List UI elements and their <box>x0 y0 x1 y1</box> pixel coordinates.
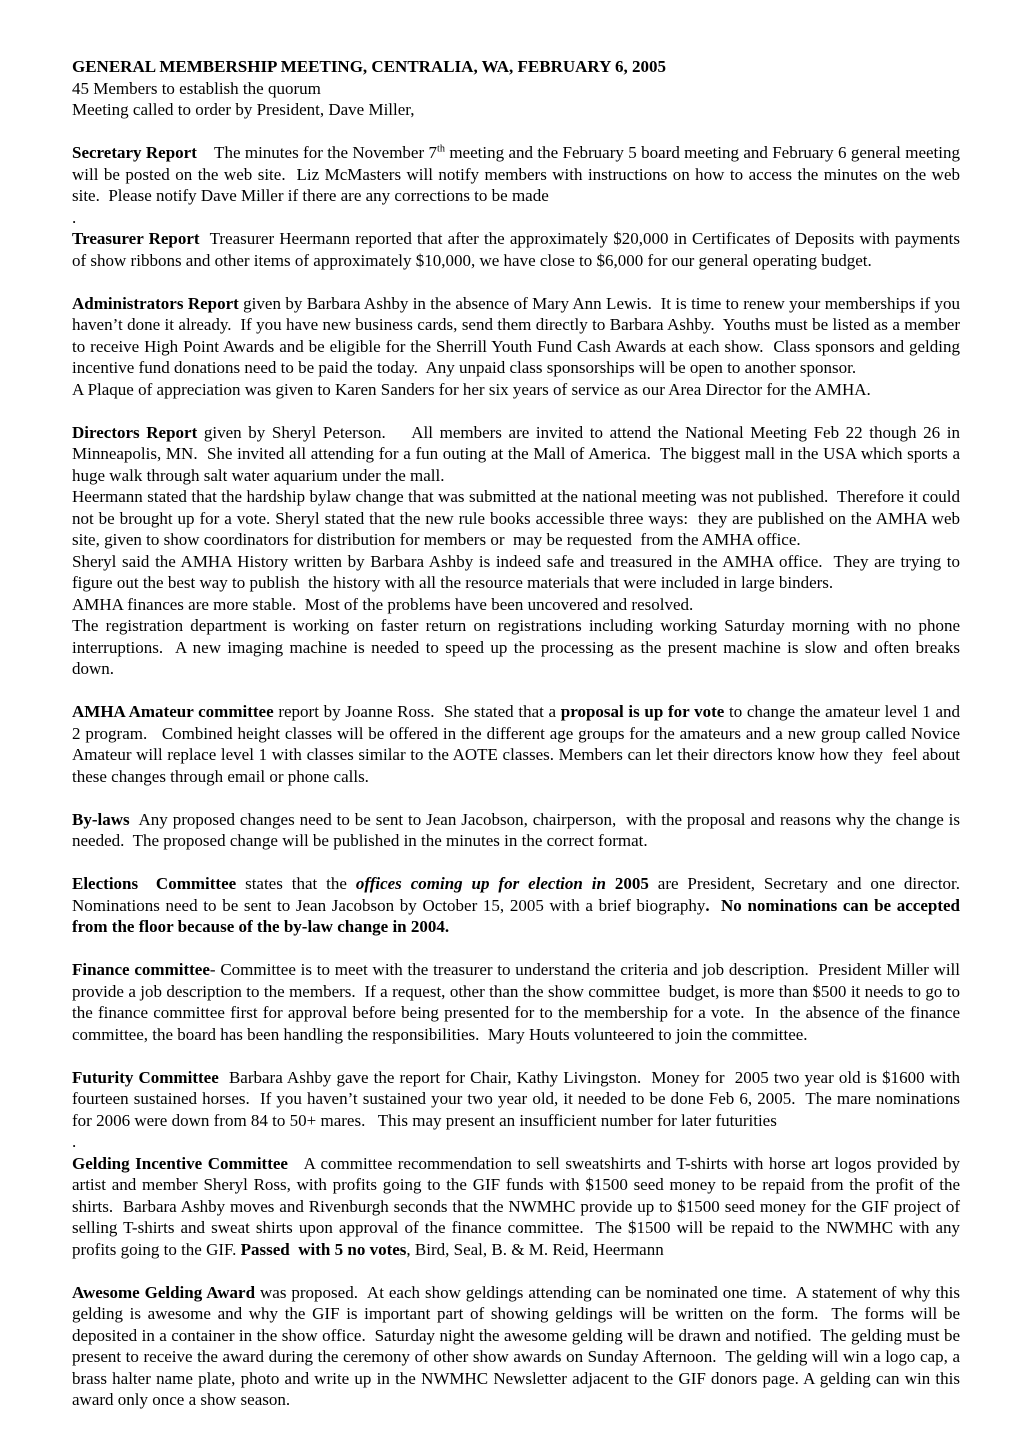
quorum-line: 45 Members to establish the quorum <box>72 78 960 100</box>
text-run: Futurity Committee <box>72 1068 219 1087</box>
text-run: report by Joanne Ross. She stated that a <box>274 702 561 721</box>
text-run: AMHA Amateur committee <box>72 702 274 721</box>
blank-line <box>72 852 960 874</box>
finance-committee-report: Finance committee- Committee is to meet … <box>72 959 960 1045</box>
text-run: Meeting called to order by President, Da… <box>72 100 415 119</box>
directors-report-registration: The registration department is working o… <box>72 615 960 680</box>
text-run: Passed with 5 no votes <box>241 1240 407 1259</box>
text-run: given by Sheryl Peterson. All members ar… <box>72 423 964 485</box>
blank-line <box>72 680 960 702</box>
text-run: Heermann stated that the hardship bylaw … <box>72 487 964 549</box>
text-run: A Plaque of appreciation was given to Ka… <box>72 380 871 399</box>
bylaws-report: By-laws Any proposed changes need to be … <box>72 809 960 852</box>
directors-report-history: Sheryl said the AMHA History written by … <box>72 551 960 594</box>
directors-report-hardship: Heermann stated that the hardship bylaw … <box>72 486 960 551</box>
text-run: Treasurer Heermann reported that after t… <box>72 229 964 270</box>
document-body: 45 Members to establish the quorumMeetin… <box>72 78 960 1411</box>
text-run: Awesome Gelding Award <box>72 1283 255 1302</box>
text-run: Directors Report <box>72 423 197 442</box>
text-run: Administrators Report <box>72 294 239 313</box>
text-run: 45 Members to establish the quorum <box>72 79 321 98</box>
text-run: Secretary Report <box>72 143 197 162</box>
text-run: By-laws <box>72 810 130 829</box>
text-run: Sheryl said the AMHA History written by … <box>72 552 964 593</box>
text-run: states that the <box>236 874 356 893</box>
blank-line <box>72 1260 960 1282</box>
directors-report: Directors Report given by Sheryl Peterso… <box>72 422 960 487</box>
gelding-incentive-report: Gelding Incentive Committee A committee … <box>72 1153 960 1261</box>
awesome-gelding-award: Awesome Gelding Award was proposed. At e… <box>72 1282 960 1411</box>
text-run: Treasurer Report <box>72 229 200 248</box>
text-run: . <box>72 208 76 227</box>
plaque-line: A Plaque of appreciation was given to Ka… <box>72 379 960 401</box>
blank-line <box>72 400 960 422</box>
blank-line <box>72 271 960 293</box>
blank-line <box>72 938 960 960</box>
text-run: The minutes for the November 7 <box>197 143 437 162</box>
text-run: Elections Committee <box>72 874 236 893</box>
text-run: proposal is up for vote <box>561 702 725 721</box>
secretary-report: Secretary Report The minutes for the Nov… <box>72 142 960 207</box>
text-run: The registration department is working o… <box>72 616 964 678</box>
directors-report-finances: AMHA finances are more stable. Most of t… <box>72 594 960 616</box>
blank-line <box>72 121 960 143</box>
stray-period-line: . <box>72 207 960 229</box>
amateur-committee-report: AMHA Amateur committee report by Joanne … <box>72 701 960 787</box>
text-run: Any proposed changes need to be sent to … <box>72 810 964 851</box>
blank-line <box>72 787 960 809</box>
treasurer-report: Treasurer Report Treasurer Heermann repo… <box>72 228 960 271</box>
futurity-committee-report: Futurity Committee Barbara Ashby gave th… <box>72 1067 960 1132</box>
blank-line <box>72 1045 960 1067</box>
call-to-order-line: Meeting called to order by President, Da… <box>72 99 960 121</box>
stray-period-line: . <box>72 1131 960 1153</box>
elections-committee-report: Elections Committee states that the offi… <box>72 873 960 938</box>
text-run: Gelding Incentive Committee <box>72 1154 288 1173</box>
text-run: th <box>437 143 445 154</box>
text-run: . <box>72 1132 76 1151</box>
text-run: , Bird, Seal, B. & M. Reid, Heermann <box>406 1240 663 1259</box>
text-run: offices coming up for election in <box>356 874 615 893</box>
administrators-report: Administrators Report given by Barbara A… <box>72 293 960 379</box>
text-run: . <box>705 896 721 915</box>
text-run: Finance committee <box>72 960 210 979</box>
text-run: AMHA finances are more stable. Most of t… <box>72 595 693 614</box>
text-run: 2005 <box>615 874 649 893</box>
document-title: GENERAL MEMBERSHIP MEETING, CENTRALIA, W… <box>72 56 960 78</box>
document-page: GENERAL MEMBERSHIP MEETING, CENTRALIA, W… <box>0 0 1020 1451</box>
